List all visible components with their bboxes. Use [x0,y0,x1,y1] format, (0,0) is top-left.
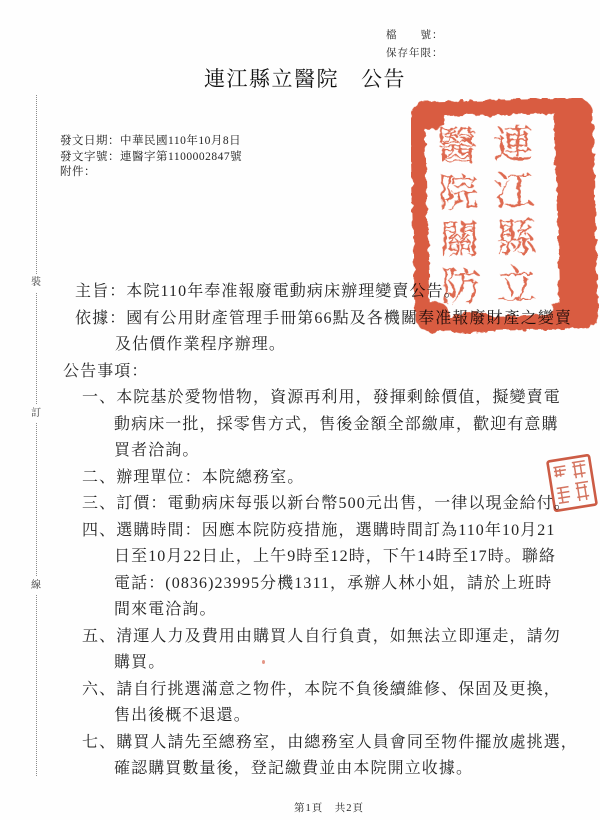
announcement-item-line: 六、請自行挑選滿意之物件，本院不負後續維修、保固及更換， [0,677,600,704]
doc-title: 連江縣立醫院公告 [0,63,600,93]
announcement-item-line: 二、辦理單位：本院總務室。 [0,465,600,492]
announcement-item-line: 確認購買數量後，登記繳費並由本院開立收據。 [0,756,600,783]
announcement-item-line: 購買。 [0,650,600,677]
doc-type: 公告 [361,67,406,91]
file-no-label: 檔 號： [386,30,444,41]
small-red-stamp-icon [545,453,599,514]
retention-label: 保存年限： [386,48,444,59]
announcement-item-line: 四、選購時間：因應本院防疫措施，選購時間訂為110年10月21 [0,518,600,545]
announcement-body: 主旨：本院110年奉准報廢電動病床辦理變賣公告。 依據：國有公用財產管理手冊第6… [0,279,600,783]
announcement-item-line: 五、清運人力及費用由購買人自行負責，如無法立即運走，請勿 [0,624,600,651]
announcement-item-line: 日至10月22日止，上午9時至12時，下午14時至17時。聯絡 [0,544,600,571]
announcement-item-line: 一、本院基於愛物惜物，資源再利用，發揮剩餘價值，擬變賣電 [0,385,600,412]
footer-page-info: 第1頁 共2頁 [294,800,364,815]
announcement-item-line: 七、購買人請先至總務室，由總務室人員會同至物件擺放處挑選， [0,730,600,757]
announcement-item-line: 間來電洽詢。 [0,597,600,624]
seal-char: 江 [494,168,535,214]
seal-char: 立 [496,262,537,308]
meta-attachment: 附件： [60,165,242,181]
seal-char: 院 [438,170,479,216]
basis-line: 及估價作業程序辦理。 [0,332,600,359]
announcement-item-line: 電話：(0836)23995分機1311，承辦人林小姐，請於上班時 [0,571,600,598]
announcement-items-heading: 公告事項： [0,359,600,386]
announcement-item-line: 買者洽詢。 [0,438,600,465]
seal-char: 關 [439,217,480,263]
seal-char: 連 [493,121,534,167]
seal-char: 醫 [437,123,478,169]
org-name: 連江縣立醫院 [204,67,339,91]
meta-doc-no: 發文字號：連醫字第1100002847號 [60,150,242,166]
seal-char: 縣 [495,215,537,261]
seal-char: 防 [440,264,481,310]
announcement-item-line: 售出後概不退還。 [0,703,600,730]
announcement-item-line: 動病床一批，採零售方式，售後金額全部繳庫，歡迎有意購 [0,412,600,439]
header-archive-labels: 檔 號：保存年限： [386,27,444,63]
document-page: 檔 號：保存年限： 連江縣立醫院公告 發文日期：中華民國110年10月8日 發文… [0,0,600,820]
announcement-item-line: 三、訂價：電動病床每張以新台幣500元出售，一律以現金給付。 [0,491,600,518]
doc-meta: 發文日期：中華民國110年10月8日 發文字號：連醫字第1100002847號 … [60,134,242,181]
official-seal: 連 江 縣 立 醫 院 關 防 [411,98,599,334]
ink-speck [262,660,265,664]
meta-date: 發文日期：中華民國110年10月8日 [60,134,242,150]
